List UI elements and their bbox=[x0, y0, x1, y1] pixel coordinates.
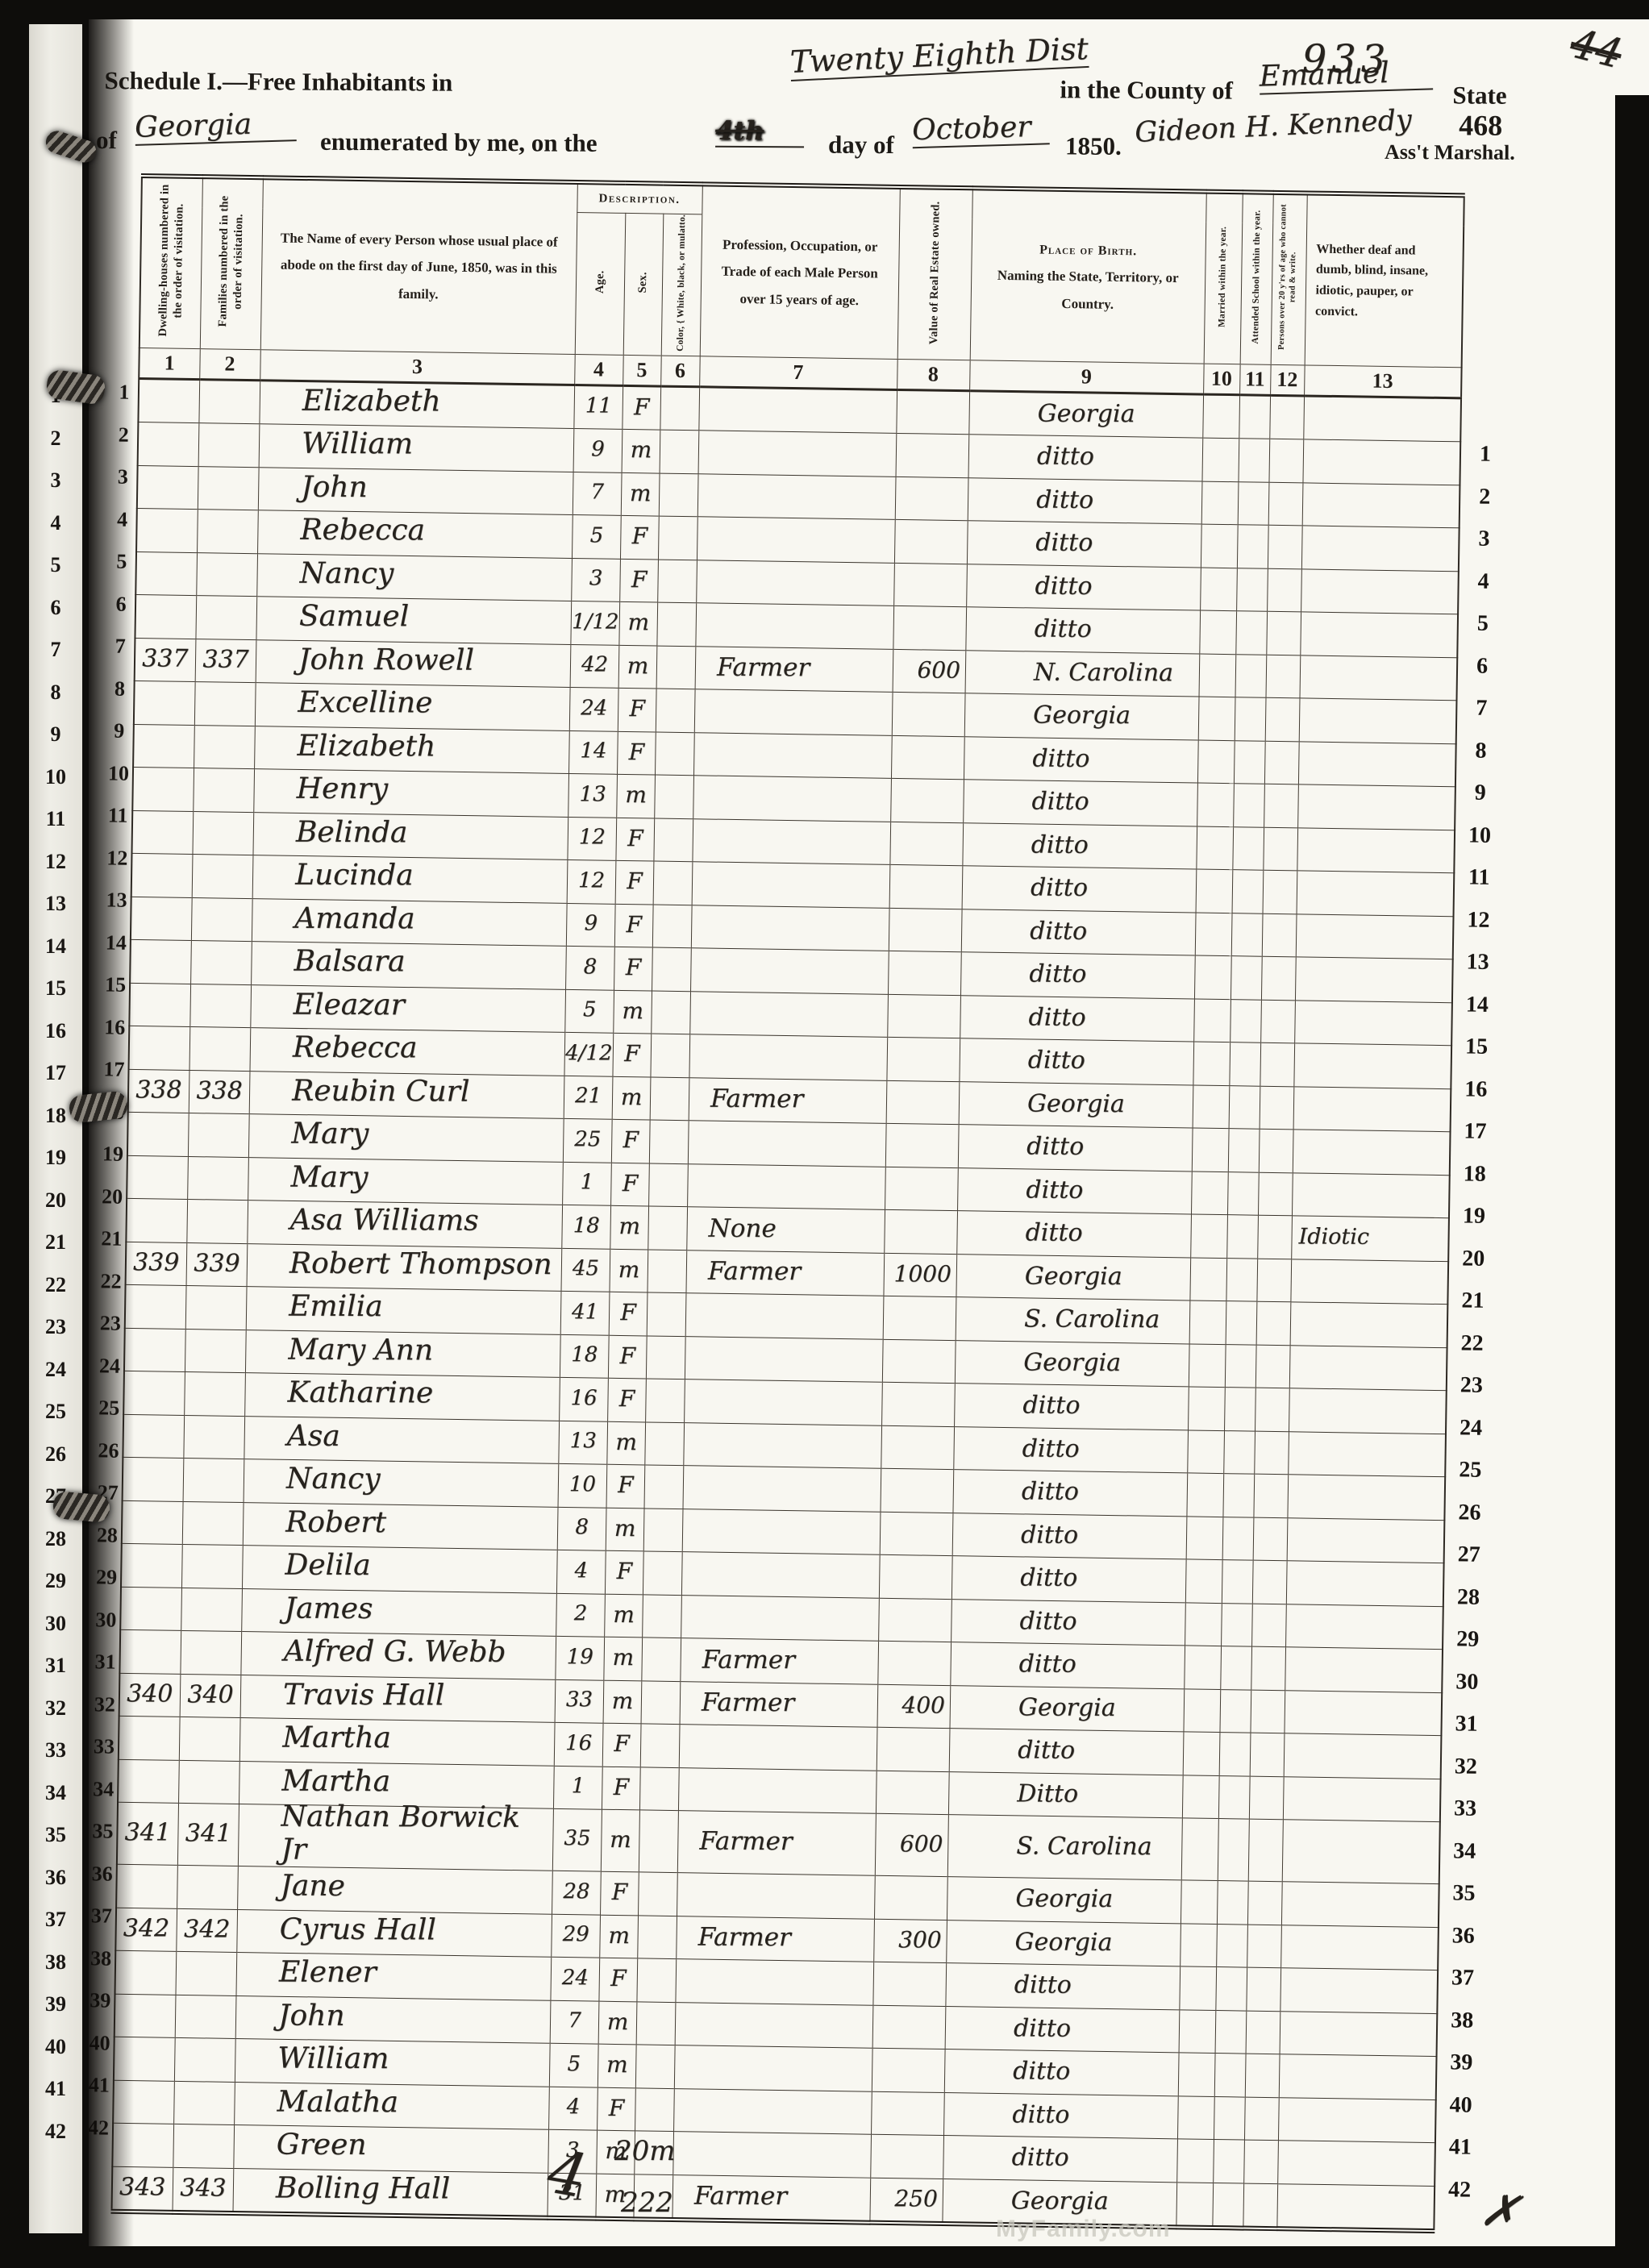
person-sex: m bbox=[622, 436, 659, 463]
person-age: 29 bbox=[552, 1922, 599, 1946]
birthplace-cell: S. Carolina bbox=[956, 1297, 1190, 1344]
real-estate-value: 600 bbox=[893, 656, 964, 683]
line-number: 40 bbox=[29, 2026, 82, 2069]
person-name: Lucinda bbox=[295, 859, 567, 893]
line-number: 18 bbox=[1453, 1153, 1496, 1196]
person-age: 35 bbox=[553, 1827, 601, 1851]
col-color-label: Color, { White, black, or mulatto. bbox=[675, 214, 689, 352]
person-birthplace: ditto bbox=[1031, 830, 1196, 859]
remarks-cell bbox=[1288, 1432, 1446, 1477]
profession-cell bbox=[677, 1873, 875, 1919]
person-remarks bbox=[1297, 1323, 1447, 1324]
family-number: 340 bbox=[180, 1680, 239, 1708]
remarks-cell bbox=[1294, 1001, 1452, 1046]
profession-cell bbox=[689, 1034, 887, 1080]
person-sex: F bbox=[615, 911, 652, 938]
remarks-cell bbox=[1284, 1733, 1442, 1779]
family-cell: 337 bbox=[195, 639, 256, 683]
person-remarks bbox=[1293, 1582, 1443, 1583]
dwelling-cell bbox=[126, 1199, 187, 1243]
profession-cell bbox=[675, 2002, 873, 2048]
cannotread-cell bbox=[1268, 482, 1303, 526]
dwelling-cell bbox=[134, 681, 195, 726]
age-cell: 4 bbox=[556, 1550, 606, 1594]
binding-thread bbox=[52, 1491, 111, 1523]
married-cell bbox=[1179, 2010, 1216, 2054]
person-name: Mary Ann bbox=[288, 1333, 560, 1367]
age-cell: 9 bbox=[573, 429, 623, 472]
color-cell bbox=[655, 732, 694, 776]
sex-cell: F bbox=[619, 559, 658, 602]
county-label: in the County of bbox=[1060, 75, 1233, 105]
profession-cell bbox=[683, 1423, 881, 1469]
month-handwritten: October bbox=[912, 110, 1050, 148]
value-cell: 600 bbox=[875, 1814, 948, 1877]
census-sheet: Schedule I.—Free Inhabitants in Twenty E… bbox=[89, 19, 1649, 2246]
line-number: 5 bbox=[1462, 602, 1505, 645]
profession-cell bbox=[698, 431, 897, 476]
line-number: 28 bbox=[1447, 1576, 1490, 1619]
person-age: 12 bbox=[567, 868, 614, 893]
school-cell bbox=[1229, 1086, 1260, 1130]
color-cell bbox=[658, 516, 697, 560]
value-cell bbox=[878, 1598, 952, 1642]
person-sex: m bbox=[607, 1429, 644, 1455]
sex-cell: F bbox=[602, 1724, 641, 1767]
person-remarks bbox=[1310, 418, 1460, 418]
remarks-cell bbox=[1300, 612, 1458, 657]
person-profession: Farmer bbox=[707, 1257, 883, 1287]
line-number: 35 bbox=[29, 1814, 82, 1857]
person-age: 9 bbox=[567, 911, 614, 935]
cannotread-cell bbox=[1267, 568, 1301, 612]
person-birthplace: ditto bbox=[1022, 1392, 1188, 1421]
school-cell bbox=[1226, 1215, 1258, 1259]
col-num-12: 12 bbox=[1270, 364, 1305, 396]
person-remarks bbox=[1301, 1064, 1450, 1065]
person-remarks bbox=[1287, 1989, 1436, 1990]
person-sex: F bbox=[614, 954, 652, 980]
person-age: 24 bbox=[570, 696, 618, 720]
person-profession: Farmer bbox=[710, 1084, 885, 1114]
person-age: 5 bbox=[565, 997, 613, 1022]
married-cell bbox=[1195, 913, 1232, 956]
line-number: 37 bbox=[29, 1899, 82, 1941]
person-sex: F bbox=[612, 1126, 649, 1153]
remarks-cell bbox=[1292, 1173, 1450, 1218]
scan-edge-bottom bbox=[0, 2246, 1649, 2268]
marshal-title: Ass't Marshal. bbox=[1385, 140, 1515, 165]
cannotread-cell bbox=[1246, 2011, 1280, 2054]
age-cell: 5 bbox=[572, 515, 621, 559]
person-name: Robert Thompson bbox=[289, 1246, 560, 1280]
value-cell bbox=[885, 1167, 958, 1211]
person-name: Amanda bbox=[294, 901, 566, 935]
person-profession bbox=[698, 1894, 874, 1895]
sex-cell: m bbox=[622, 430, 660, 473]
age-cell: 4 bbox=[548, 2087, 598, 2130]
profession-cell: Farmer bbox=[680, 1638, 878, 1684]
remarks-cell bbox=[1276, 2184, 1435, 2232]
sex-cell: F bbox=[605, 1551, 643, 1595]
color-cell bbox=[644, 1422, 684, 1466]
line-number: 28 bbox=[29, 1518, 82, 1561]
value-cell bbox=[890, 779, 964, 823]
person-birthplace: ditto bbox=[1013, 2058, 1178, 2087]
line-number: 38 bbox=[1441, 2000, 1484, 2042]
birthplace-cell: ditto bbox=[952, 1556, 1186, 1603]
birthplace-cell: ditto bbox=[943, 2136, 1177, 2183]
family-cell bbox=[175, 1952, 236, 1996]
person-birthplace: Georgia bbox=[1033, 701, 1198, 730]
remarks-cell bbox=[1295, 957, 1453, 1002]
name-cell: William bbox=[259, 424, 574, 472]
family-cell: 343 bbox=[172, 2167, 233, 2213]
person-birthplace: ditto bbox=[1027, 1047, 1193, 1076]
cannotread-cell bbox=[1266, 655, 1301, 698]
age-cell: 16 bbox=[559, 1378, 608, 1421]
school-cell bbox=[1222, 1560, 1253, 1604]
dwelling-cell: 337 bbox=[135, 638, 196, 682]
family-cell bbox=[194, 682, 256, 726]
family-cell: 340 bbox=[180, 1674, 241, 1718]
facing-page-line-numbers: 1234567891011121314151617181920212223242… bbox=[29, 375, 82, 2153]
family-cell bbox=[180, 1631, 241, 1675]
person-profession bbox=[704, 1530, 880, 1531]
col-birthplace-header: Place of Birth. Naming the State, Territ… bbox=[970, 188, 1206, 364]
remarks-cell bbox=[1285, 1604, 1443, 1650]
value-cell: 600 bbox=[893, 649, 966, 693]
person-profession bbox=[709, 1185, 885, 1186]
census-scan-page: { "header": { "schedule_prefix": "Schedu… bbox=[0, 0, 1649, 2268]
line-number: 15 bbox=[29, 968, 82, 1010]
col-profession-label: Profession, Occupation, or Trade of each… bbox=[701, 228, 899, 318]
birthplace-cell: Georgia bbox=[968, 391, 1203, 439]
line-number: 4 bbox=[29, 502, 82, 545]
name-cell: Emilia bbox=[246, 1287, 561, 1334]
person-remarks bbox=[1308, 590, 1457, 591]
line-number: 23 bbox=[29, 1306, 82, 1349]
married-cell bbox=[1183, 1689, 1220, 1733]
age-cell: 10 bbox=[558, 1464, 607, 1508]
person-profession bbox=[720, 409, 896, 410]
profession-cell bbox=[684, 1380, 882, 1425]
color-cell bbox=[649, 1120, 689, 1163]
name-cell: Jane bbox=[237, 1866, 552, 1914]
sex-cell: F bbox=[610, 1163, 649, 1206]
person-remarks bbox=[1285, 2162, 1434, 2162]
married-cell bbox=[1201, 524, 1238, 568]
sex-cell: m bbox=[618, 602, 657, 646]
line-number: 14 bbox=[29, 926, 82, 968]
cannotread-cell bbox=[1248, 1819, 1283, 1882]
col-age-header: Age. bbox=[575, 213, 626, 356]
person-age: 1 bbox=[554, 1774, 602, 1798]
school-cell bbox=[1219, 1733, 1251, 1776]
dwelling-cell bbox=[137, 465, 198, 510]
remarks-cell bbox=[1299, 698, 1457, 743]
sex-cell: F bbox=[615, 861, 654, 905]
person-sex: F bbox=[609, 1342, 646, 1369]
cannotread-cell bbox=[1255, 1345, 1290, 1388]
person-name: Asa bbox=[286, 1419, 558, 1453]
color-cell bbox=[652, 947, 691, 991]
name-cell: Elizabeth bbox=[259, 381, 574, 429]
person-birthplace: ditto bbox=[1018, 1650, 1184, 1679]
person-profession bbox=[707, 1314, 883, 1315]
person-profession bbox=[718, 538, 894, 539]
person-remarks bbox=[1289, 1850, 1439, 1851]
color-cell bbox=[647, 1250, 686, 1293]
birthplace-cell: ditto bbox=[945, 2006, 1180, 2053]
family-cell bbox=[193, 768, 254, 813]
married-cell bbox=[1179, 1966, 1216, 2010]
person-profession bbox=[717, 624, 893, 625]
sex-cell: m bbox=[621, 472, 660, 516]
family-cell bbox=[177, 1866, 238, 1910]
age-cell: 24 bbox=[569, 688, 618, 731]
cannotread-cell bbox=[1250, 1733, 1285, 1777]
family-cell bbox=[178, 1760, 239, 1804]
person-name: Bolling Hall bbox=[275, 2171, 547, 2205]
cannotread-cell bbox=[1261, 957, 1296, 1001]
family-cell bbox=[197, 510, 258, 554]
school-cell bbox=[1220, 1646, 1251, 1690]
school-cell bbox=[1236, 568, 1268, 612]
remarks-cell bbox=[1302, 483, 1460, 528]
profession-cell bbox=[681, 1552, 880, 1598]
value-cell bbox=[880, 1469, 953, 1513]
dwelling-cell bbox=[125, 1285, 186, 1330]
name-cell: Elener bbox=[235, 1953, 551, 2000]
district-handwritten: Twenty Eighth Dist bbox=[789, 31, 1089, 81]
person-birthplace: ditto bbox=[1034, 615, 1199, 644]
person-remarks bbox=[1297, 1367, 1446, 1367]
person-age: 12 bbox=[568, 825, 615, 849]
person-profession bbox=[714, 797, 890, 797]
person-sex: F bbox=[611, 1170, 648, 1196]
color-cell bbox=[641, 1638, 681, 1681]
married-cell bbox=[1197, 740, 1235, 784]
person-sex: m bbox=[598, 2051, 635, 2078]
person-remarks bbox=[1307, 633, 1456, 634]
person-sex: m bbox=[605, 1601, 642, 1628]
col-dwelling-label: Dwelling-houses numbered in the order of… bbox=[156, 182, 187, 341]
person-birthplace: ditto bbox=[1020, 1521, 1185, 1550]
person-age: 9 bbox=[573, 437, 621, 461]
line-number: 42 bbox=[1439, 2169, 1481, 2212]
age-cell: 5 bbox=[549, 2044, 598, 2087]
color-cell bbox=[653, 861, 693, 905]
value-cell bbox=[874, 1876, 947, 1921]
value-cell bbox=[872, 1962, 946, 2007]
remarks-cell bbox=[1284, 1691, 1442, 1736]
col-school-header: Attended School within the year. bbox=[1240, 192, 1273, 364]
person-sex: m bbox=[622, 480, 659, 506]
line-number: 20 bbox=[29, 1180, 82, 1222]
school-cell bbox=[1216, 1924, 1247, 1967]
person-name: Eleazar bbox=[293, 988, 564, 1022]
color-cell bbox=[641, 1681, 681, 1725]
state-handwritten: Georgia bbox=[135, 106, 297, 146]
person-age: 13 bbox=[568, 782, 616, 806]
school-cell bbox=[1222, 1517, 1254, 1560]
sex-cell: F bbox=[615, 818, 654, 861]
family-cell bbox=[179, 1717, 240, 1762]
profession-cell: None bbox=[686, 1207, 885, 1253]
name-cell: Rebecca bbox=[257, 510, 573, 558]
person-remarks bbox=[1301, 1022, 1451, 1022]
married-cell bbox=[1182, 1775, 1219, 1819]
person-profession bbox=[697, 2024, 872, 2025]
cannotread-cell bbox=[1255, 1388, 1289, 1432]
remarks-cell bbox=[1297, 828, 1455, 873]
color-cell bbox=[637, 1916, 677, 1959]
person-name: Elener bbox=[278, 1956, 550, 1990]
line-number: 32 bbox=[29, 1687, 82, 1730]
sex-cell: F bbox=[609, 1292, 648, 1336]
col-remarks-label: Whether deaf and dumb, blind, insane, id… bbox=[1305, 235, 1463, 327]
profession-cell bbox=[674, 2045, 872, 2091]
person-remarks bbox=[1304, 849, 1453, 850]
value-cell bbox=[891, 735, 964, 780]
birthplace-cell: ditto bbox=[954, 1384, 1189, 1430]
col-sex-label: Sex. bbox=[635, 272, 651, 293]
person-birthplace: S. Carolina bbox=[1016, 1832, 1181, 1861]
age-cell: 4/12 bbox=[564, 1033, 613, 1076]
sex-cell: F bbox=[611, 1120, 650, 1163]
age-cell: 11 bbox=[573, 385, 623, 429]
col-remarks-header: Whether deaf and dumb, blind, insane, id… bbox=[1305, 193, 1464, 367]
color-cell bbox=[656, 646, 696, 689]
age-cell: 29 bbox=[551, 1914, 600, 1958]
col-num-6: 6 bbox=[660, 356, 700, 387]
name-cell: Nancy bbox=[256, 554, 572, 601]
married-cell bbox=[1185, 1559, 1222, 1603]
color-cell bbox=[635, 2045, 675, 2088]
person-birthplace: Georgia bbox=[1026, 1089, 1192, 1118]
name-cell: Excelline bbox=[255, 683, 570, 730]
profession-cell bbox=[679, 1725, 877, 1771]
value-cell: 1000 bbox=[883, 1253, 956, 1297]
line-number: 11 bbox=[29, 798, 82, 841]
cannotread-cell bbox=[1247, 1925, 1281, 1968]
person-sex: F bbox=[606, 1558, 643, 1584]
person-name: John Rowell bbox=[298, 643, 569, 676]
birthplace-cell: ditto bbox=[950, 1642, 1185, 1689]
birthplace-cell: ditto bbox=[965, 607, 1200, 654]
line-number: 8 bbox=[29, 672, 82, 714]
person-age: 1/12 bbox=[571, 610, 618, 634]
profession-cell bbox=[682, 1509, 881, 1555]
person-age: 10 bbox=[558, 1472, 606, 1496]
dwelling-cell bbox=[127, 1113, 189, 1157]
cannotread-cell bbox=[1256, 1259, 1291, 1302]
person-birthplace: ditto bbox=[1013, 2014, 1178, 2043]
person-name: Belinda bbox=[295, 815, 567, 849]
age-cell: 25 bbox=[563, 1119, 612, 1163]
profession-cell bbox=[696, 560, 894, 606]
remarks-cell bbox=[1280, 1968, 1438, 2013]
married-cell bbox=[1193, 1085, 1230, 1129]
person-remarks bbox=[1294, 1539, 1443, 1540]
birthplace-cell: ditto bbox=[944, 2050, 1179, 2096]
name-cell: Nathan Borwick Jr bbox=[238, 1804, 553, 1871]
person-birthplace: N. Carolina bbox=[1033, 658, 1198, 687]
remarks-cell bbox=[1287, 1475, 1445, 1520]
value-cell bbox=[872, 2049, 945, 2093]
sex-cell: m bbox=[610, 1206, 648, 1250]
person-remarks bbox=[1286, 2032, 1435, 2033]
profession-cell: Farmer bbox=[680, 1682, 878, 1728]
col-married-label: Married within the year. bbox=[1217, 227, 1230, 327]
name-cell: John bbox=[235, 1995, 551, 2043]
table-header: Dwelling-houses numbered in the order of… bbox=[139, 176, 1464, 398]
person-birthplace: ditto bbox=[1032, 744, 1197, 773]
school-cell bbox=[1232, 870, 1264, 913]
married-cell bbox=[1178, 2053, 1215, 2096]
person-name: John bbox=[301, 470, 573, 504]
col-sex-header: Sex. bbox=[623, 213, 664, 356]
line-number: 42 bbox=[29, 2111, 82, 2154]
remarks-cell bbox=[1301, 526, 1460, 571]
school-cell bbox=[1237, 525, 1268, 568]
sex-cell: m bbox=[606, 1421, 645, 1465]
remarks-cell bbox=[1293, 1087, 1451, 1132]
value-cell bbox=[893, 606, 966, 651]
person-age: 8 bbox=[566, 955, 614, 979]
name-cell: Travis Hall bbox=[240, 1675, 556, 1722]
line-number: 26 bbox=[29, 1434, 82, 1476]
family-number: 342 bbox=[177, 1915, 236, 1943]
person-remarks bbox=[1302, 978, 1451, 979]
corner-number-handwritten: 44 bbox=[1566, 19, 1627, 77]
line-number: 29 bbox=[1447, 1618, 1489, 1661]
birthplace-cell: Georgia bbox=[959, 1082, 1193, 1129]
person-profession bbox=[702, 1617, 878, 1617]
line-number: 33 bbox=[1444, 1787, 1487, 1830]
value-cell bbox=[888, 951, 961, 996]
married-cell bbox=[1194, 955, 1231, 999]
person-profession bbox=[705, 1444, 881, 1445]
married-cell bbox=[1198, 697, 1235, 740]
name-cell: Bolling Hall bbox=[232, 2168, 548, 2218]
person-profession: Farmer bbox=[702, 1645, 877, 1675]
person-name: Elizabeth bbox=[297, 729, 568, 763]
person-sex: F bbox=[608, 1385, 645, 1412]
family-cell bbox=[174, 2038, 235, 2083]
person-profession: Farmer bbox=[697, 1923, 873, 1953]
person-name: Travis Hall bbox=[282, 1678, 554, 1712]
line-number: 39 bbox=[29, 1983, 82, 2026]
birthplace-cell: ditto bbox=[952, 1513, 1187, 1560]
married-cell bbox=[1185, 1603, 1222, 1646]
person-birthplace: Ditto bbox=[1017, 1779, 1182, 1808]
cannotread-cell bbox=[1254, 1431, 1289, 1475]
line-number: 17 bbox=[1454, 1110, 1497, 1153]
person-sex: m bbox=[600, 1922, 637, 1949]
birthplace-cell: ditto bbox=[966, 564, 1201, 611]
person-profession: None bbox=[708, 1213, 884, 1243]
name-cell: Alfred G. Webb bbox=[240, 1632, 556, 1679]
profession-cell: Farmer bbox=[676, 1916, 874, 1962]
school-cell bbox=[1229, 1042, 1260, 1086]
person-remarks bbox=[1306, 676, 1455, 677]
profession-cell: Farmer bbox=[689, 1078, 887, 1124]
line-number: 25 bbox=[29, 1391, 82, 1434]
dwelling-cell bbox=[130, 940, 191, 984]
line-number: 9 bbox=[1459, 772, 1501, 814]
